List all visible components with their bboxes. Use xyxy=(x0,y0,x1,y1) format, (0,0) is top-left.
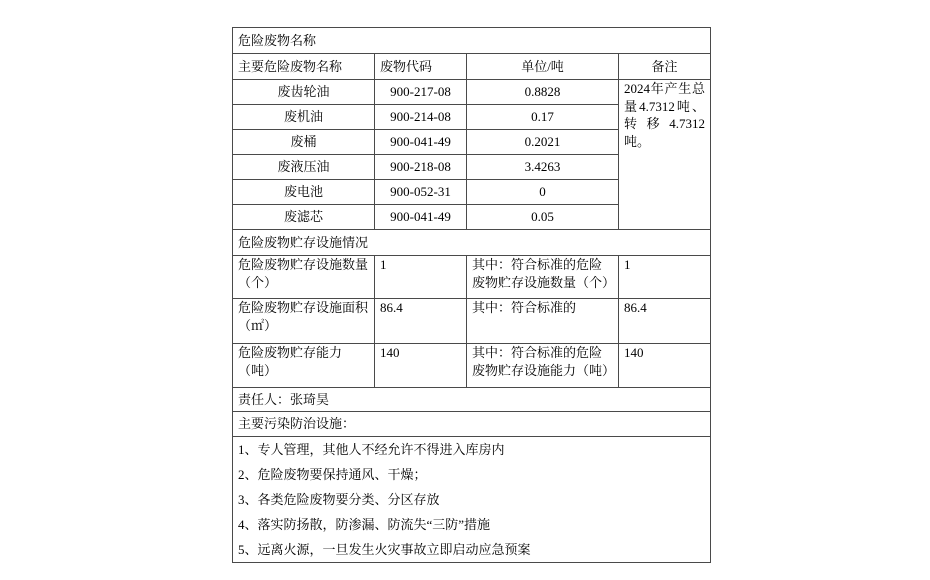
section2-title: 危险废物贮存设施情况 xyxy=(233,230,711,256)
waste-code-cell: 900-041-49 xyxy=(375,130,467,155)
measures-row: 1、专人管理，其他人不经允许不得进入库房内 2、危险废物要保持通风、干燥； 3、… xyxy=(233,437,711,563)
waste-name-cell: 废液压油 xyxy=(233,155,375,180)
col-header-remark: 备注 xyxy=(619,54,711,80)
pollution-measure-item: 4、落实防扬散，防渗漏、防流失“三防”措施 xyxy=(238,512,705,537)
storage-sub-value-cell: 140 xyxy=(619,344,711,388)
waste-name-cell: 废电池 xyxy=(233,180,375,205)
storage-sub-value-cell: 86.4 xyxy=(619,299,711,344)
storage-label-cell: 危险废物贮存设施面积（㎡） xyxy=(233,299,375,344)
section-waste-name-title-row: 危险废物名称 xyxy=(233,28,711,54)
table-row-storage-0: 危险废物贮存设施数量（个） 1 其中：符合标准的危险废物贮存设施数量（个） 1 xyxy=(233,256,711,299)
pollution-measure-item: 2、危险废物要保持通风、干燥； xyxy=(238,462,705,487)
waste-amount-cell: 0.17 xyxy=(467,105,619,130)
hazardous-waste-table: 危险废物名称 主要危险废物名称 废物代码 单位/吨 备注 废齿轮油 900-21… xyxy=(232,27,711,563)
storage-label-cell: 危险废物贮存设施数量（个） xyxy=(233,256,375,299)
hazardous-waste-document: 危险废物名称 主要危险废物名称 废物代码 单位/吨 备注 废齿轮油 900-21… xyxy=(232,27,711,563)
section-storage-title-row: 危险废物贮存设施情况 xyxy=(233,230,711,256)
col-header-waste-code: 废物代码 xyxy=(375,54,467,80)
waste-amount-cell: 0.2021 xyxy=(467,130,619,155)
table-row-storage-2: 危险废物贮存能力（吨） 140 其中：符合标准的危险废物贮存设施能力（吨） 14… xyxy=(233,344,711,388)
table-row-storage-1: 危险废物贮存设施面积（㎡） 86.4 其中：符合标准的 86.4 xyxy=(233,299,711,344)
pollution-measure-item: 5、远离火源，一旦发生火灾事故立即启动应急预案 xyxy=(238,537,705,562)
storage-label-cell: 危险废物贮存能力（吨） xyxy=(233,344,375,388)
waste-name-cell: 废滤芯 xyxy=(233,205,375,230)
storage-value-cell: 1 xyxy=(375,256,467,299)
pollution-measure-item: 1、专人管理，其他人不经允许不得进入库房内 xyxy=(238,437,705,462)
storage-sub-label-cell: 其中：符合标准的危险废物贮存设施数量（个） xyxy=(467,256,619,299)
waste-amount-cell: 0.8828 xyxy=(467,80,619,105)
table-row-waste-0: 废齿轮油 900-217-08 0.8828 2024年产生总量4.7312吨、… xyxy=(233,80,711,105)
col-header-unit: 单位/吨 xyxy=(467,54,619,80)
storage-value-cell: 140 xyxy=(375,344,467,388)
storage-sub-label-cell: 其中：符合标准的 xyxy=(467,299,619,344)
storage-sub-value-cell: 1 xyxy=(619,256,711,299)
section1-title: 危险废物名称 xyxy=(233,28,711,54)
pollution-title: 主要污染防治设施： xyxy=(233,412,711,437)
waste-code-cell: 900-214-08 xyxy=(375,105,467,130)
waste-amount-cell: 0 xyxy=(467,180,619,205)
responsible-person-row: 责任人：张琦昊 xyxy=(233,388,711,412)
storage-value-cell: 86.4 xyxy=(375,299,467,344)
waste-code-cell: 900-218-08 xyxy=(375,155,467,180)
responsible-person: 责任人：张琦昊 xyxy=(233,388,711,412)
remark-cell: 2024年产生总量4.7312吨、转移4.7312吨。 xyxy=(619,80,711,230)
pollution-measure-item: 3、各类危险废物要分类、分区存放 xyxy=(238,487,705,512)
waste-name-cell: 废桶 xyxy=(233,130,375,155)
waste-code-cell: 900-217-08 xyxy=(375,80,467,105)
measures-cell: 1、专人管理，其他人不经允许不得进入库房内 2、危险废物要保持通风、干燥； 3、… xyxy=(233,437,711,563)
pollution-title-row: 主要污染防治设施： xyxy=(233,412,711,437)
col-header-waste-name: 主要危险废物名称 xyxy=(233,54,375,80)
waste-amount-cell: 3.4263 xyxy=(467,155,619,180)
waste-code-cell: 900-052-31 xyxy=(375,180,467,205)
waste-name-cell: 废齿轮油 xyxy=(233,80,375,105)
storage-sub-label-cell: 其中：符合标准的危险废物贮存设施能力（吨） xyxy=(467,344,619,388)
waste-name-cell: 废机油 xyxy=(233,105,375,130)
waste-code-cell: 900-041-49 xyxy=(375,205,467,230)
waste-header-row: 主要危险废物名称 废物代码 单位/吨 备注 xyxy=(233,54,711,80)
waste-amount-cell: 0.05 xyxy=(467,205,619,230)
